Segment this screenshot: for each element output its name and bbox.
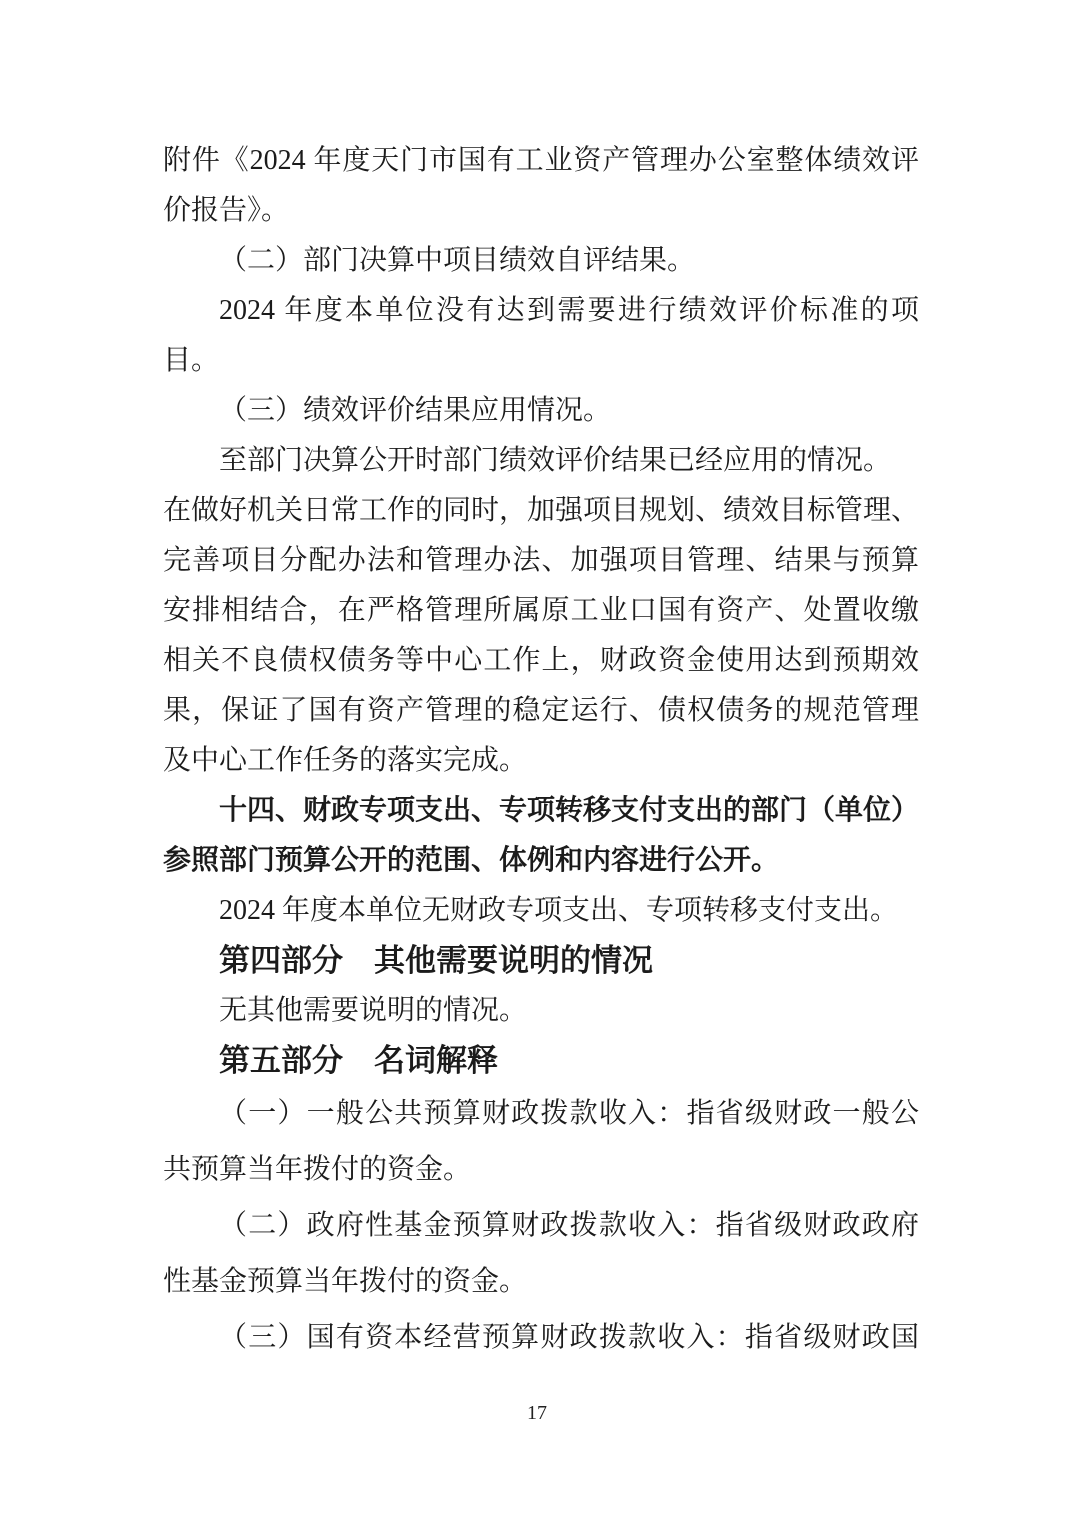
text-line: 及中心工作任务的落实完成。 [163,736,919,786]
text-line: 第五部分 名词解释 [163,1036,919,1086]
text-line: 共预算当年拨付的资金。 [163,1142,919,1198]
text-line: 相关不良债权债务等中心工作上，财政资金使用达到预期效 [163,636,919,686]
text-line: 附件《2024 年度天门市国有工业资产管理办公室整体绩效评 [163,136,919,186]
text-line: 2024 年度本单位没有达到需要进行绩效评价标准的项 [163,286,919,336]
text-line: 果，保证了国有资产管理的稳定运行、债权债务的规范管理 [163,686,919,736]
text-line: 第四部分 其他需要说明的情况 [163,936,919,986]
text-line: 价报告》。 [163,186,919,236]
text-line: 十四、财政专项支出、专项转移支付支出的部门（单位） [163,786,919,836]
text-line: 安排相结合，在严格管理所属原工业口国有资产、处置收缴 [163,586,919,636]
text-line: （三）国有资本经营预算财政拨款收入：指省级财政国 [163,1310,919,1366]
text-line: （一）一般公共预算财政拨款收入：指省级财政一般公 [163,1086,919,1142]
text-line: 参照部门预算公开的范围、体例和内容进行公开。 [163,836,919,886]
text-line: （三）绩效评价结果应用情况。 [163,386,919,436]
text-line: 至部门决算公开时部门绩效评价结果已经应用的情况。 [163,436,919,486]
text-line: 目。 [163,336,919,386]
page-number: 17 [0,1402,1074,1425]
text-line: 在做好机关日常工作的同时，加强项目规划、绩效目标管理、 [163,486,919,536]
text-line: 性基金预算当年拨付的资金。 [163,1254,919,1310]
document-page: 附件《2024 年度天门市国有工业资产管理办公室整体绩效评价报告》。（二）部门决… [0,0,1074,1520]
document-body: 附件《2024 年度天门市国有工业资产管理办公室整体绩效评价报告》。（二）部门决… [163,136,919,1366]
text-line: 无其他需要说明的情况。 [163,986,919,1036]
text-line: 2024 年度本单位无财政专项支出、专项转移支付支出。 [163,886,919,936]
text-line: （二）政府性基金预算财政拨款收入：指省级财政政府 [163,1198,919,1254]
text-line: （二）部门决算中项目绩效自评结果。 [163,236,919,286]
text-line: 完善项目分配办法和管理办法、加强项目管理、结果与预算 [163,536,919,586]
